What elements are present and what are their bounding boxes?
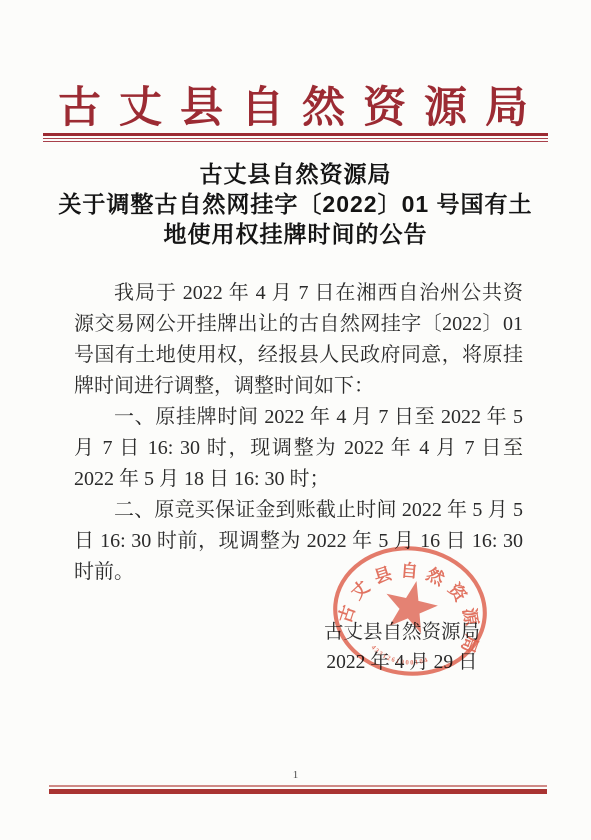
page-number: 1: [0, 769, 591, 781]
paragraph-intro: 我局于 2022 年 4 月 7 日在湘西自治州公共资源交易网公开挂牌出让的古自…: [74, 278, 523, 402]
paragraph-item-1: 一、原挂牌时间 2022 年 4 月 7 日至 2022 年 5 月 7 日 1…: [74, 402, 523, 495]
letterhead-divider-thin-line-1: [43, 138, 548, 139]
title-line-1: 古丈县自然资源局: [40, 159, 551, 189]
official-seal: 古丈县自然资源局 4331261000104: [324, 535, 495, 686]
footer-divider-thin-line: [49, 785, 547, 787]
title-line-3: 地使用权挂牌时间的公告: [40, 219, 551, 249]
document-page: 古丈县自然资源局 古丈县自然资源局 关于调整古自然网挂字〔2022〕01 号国有…: [0, 0, 591, 840]
letterhead-divider: [43, 133, 548, 142]
document-title: 古丈县自然资源局 关于调整古自然网挂字〔2022〕01 号国有土 地使用权挂牌时…: [40, 159, 551, 249]
footer-divider-thick-line: [49, 789, 547, 794]
title-line-2: 关于调整古自然网挂字〔2022〕01 号国有土: [40, 189, 551, 219]
letterhead-divider-thin-line-2: [43, 141, 548, 142]
letterhead-divider-thick-line: [43, 133, 548, 136]
document-body: 我局于 2022 年 4 月 7 日在湘西自治州公共资源交易网公开挂牌出让的古自…: [74, 278, 523, 588]
letterhead-org-name: 古丈县自然资源局: [56, 74, 548, 135]
